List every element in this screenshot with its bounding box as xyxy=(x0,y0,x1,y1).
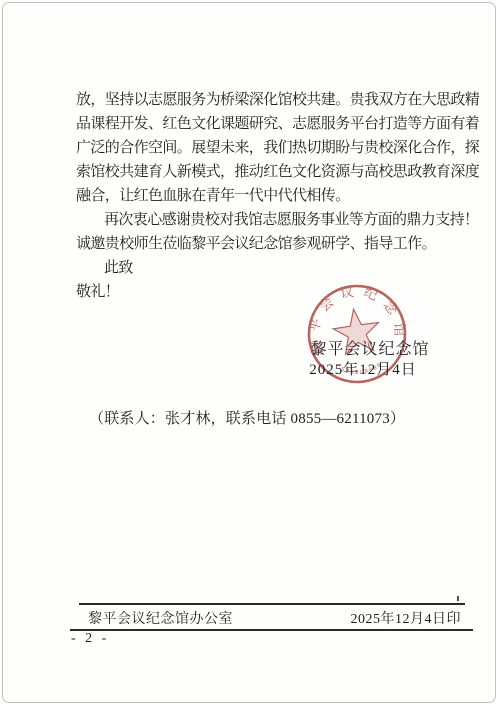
closing-cidi: 此致 xyxy=(76,256,466,280)
body-line: 广泛的合作空间。展望未来，我们热切期盼与贵校深化合作，探 xyxy=(76,136,466,160)
body-paragraphs: 放，坚持以志愿服务为桥梁深化馆校共建。贵我双方在大思政精 品课程开发、红色文化课… xyxy=(76,88,466,304)
contact-line: （联系人：张才林，联系电话 0855—6211073） xyxy=(89,407,405,428)
body-line: 再次衷心感谢贵校对我馆志愿服务事业等方面的鼎力支持！ xyxy=(76,208,466,232)
body-line: 索馆校共建育人新模式，推动红色文化资源与高校思政教育深度 xyxy=(76,160,466,184)
scan-artifact xyxy=(457,596,459,601)
footer-print-date: 2025年12月4日印 xyxy=(351,608,466,628)
footer-row: 黎平会议纪念馆办公室 2025年12月4日印 xyxy=(79,607,465,628)
footer-rule-top xyxy=(79,603,465,605)
page-number: - 2 - xyxy=(71,631,109,647)
footer-office-name: 黎平会议纪念馆办公室 xyxy=(79,608,233,628)
body-line: 融合，让红色血脉在青年一代中代代相传。 xyxy=(76,184,466,208)
document-page: 放，坚持以志愿服务为桥梁深化馆校共建。贵我双方在大思政精 品课程开发、红色文化课… xyxy=(2,2,496,703)
body-line: 放，坚持以志愿服务为桥梁深化馆校共建。贵我双方在大思政精 xyxy=(76,88,466,112)
signature-organization: 黎平会议纪念馆 xyxy=(301,336,439,359)
footer-rule-bottom xyxy=(70,629,473,631)
signature-date: 2025年12月4日 xyxy=(297,358,429,379)
body-line: 品课程开发、红色文化课题研究、志愿服务平台打造等方面有着 xyxy=(76,112,466,136)
body-line: 诚邀贵校师生莅临黎平会议纪念馆参观研学、指导工作。 xyxy=(76,232,466,256)
scanned-letter-canvas: 放，坚持以志愿服务为桥梁深化馆校共建。贵我双方在大思政精 品课程开发、红色文化课… xyxy=(0,0,499,705)
